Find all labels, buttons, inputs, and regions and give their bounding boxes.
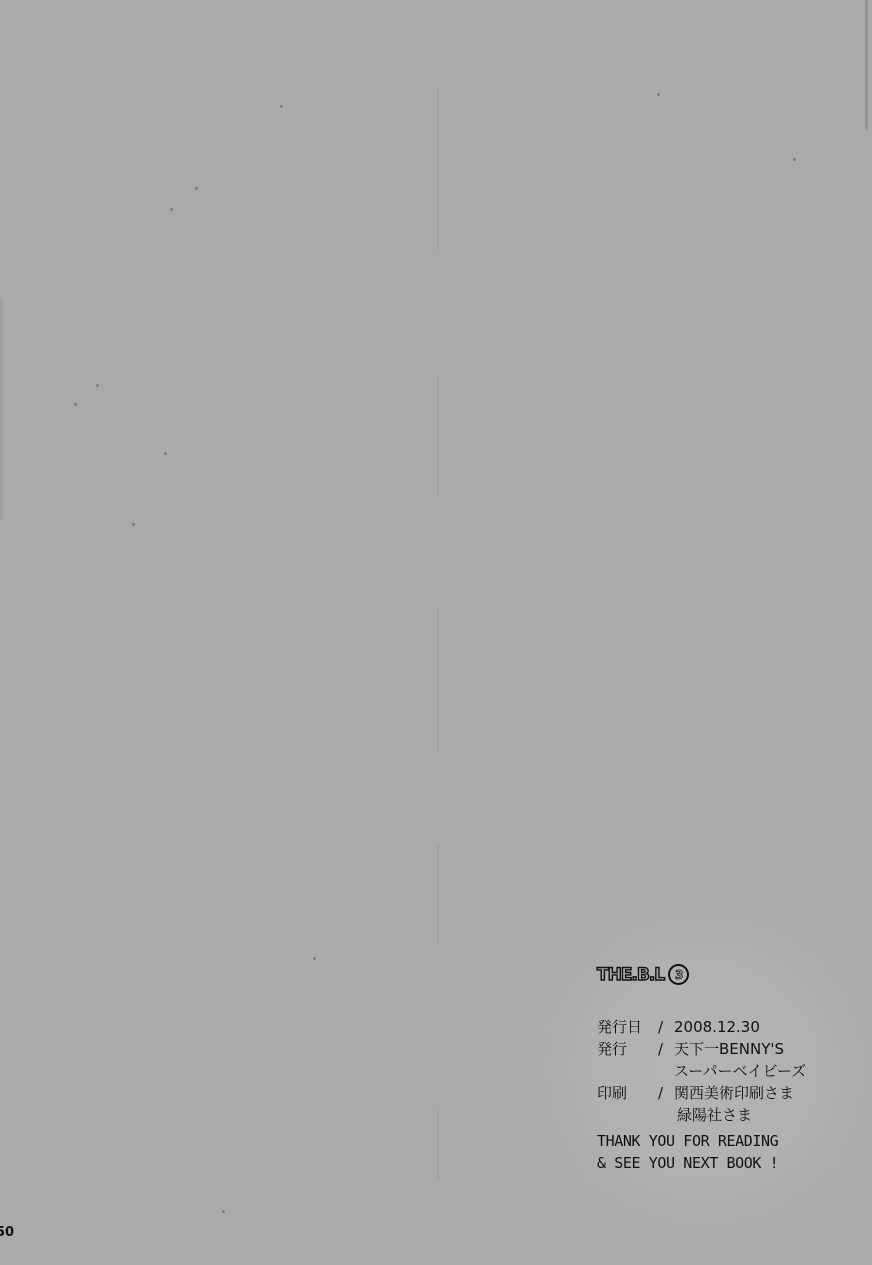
- dust-speck: [313, 957, 316, 960]
- dust-speck: [793, 158, 796, 161]
- info-value: スーパーベイビーズ: [674, 1060, 806, 1082]
- info-label: 発行日: [597, 1016, 658, 1038]
- info-label: 印刷: [597, 1082, 658, 1104]
- publication-info: 発行日 / 2008.12.30 発行 / 天下一BENNY'S スーパーベイビ…: [597, 1016, 806, 1126]
- spine-line: [437, 1110, 439, 1180]
- scanned-page: THE.B.L 3 発行日 / 2008.12.30 発行 / 天下一BENNY…: [0, 0, 872, 1265]
- info-value: 天下一BENNY'S: [674, 1038, 784, 1060]
- spine-line: [437, 845, 439, 945]
- dust-speck: [96, 384, 99, 387]
- info-value: 関西美術印刷さま: [674, 1082, 794, 1104]
- spine-line: [437, 90, 439, 250]
- info-row-publisher: 発行 / 天下一BENNY'S: [597, 1038, 806, 1060]
- dust-speck: [74, 403, 77, 406]
- info-row-publisher-cont: スーパーベイビーズ: [597, 1060, 806, 1082]
- info-value: 緑陽社さま: [677, 1104, 752, 1126]
- dust-speck: [170, 208, 173, 211]
- volume-badge: 3: [668, 964, 689, 985]
- info-separator: /: [658, 1038, 674, 1060]
- scan-edge-right: [865, 0, 868, 130]
- book-title: THE.B.L 3: [597, 964, 689, 985]
- dust-speck: [657, 93, 660, 96]
- spine-line: [437, 610, 439, 750]
- dust-speck: [195, 187, 198, 190]
- thank-you-message: THANK YOU FOR READING & SEE YOU NEXT BOO…: [597, 1130, 778, 1174]
- info-separator: /: [658, 1082, 674, 1104]
- thanks-line-1: THANK YOU FOR READING: [597, 1130, 778, 1152]
- info-separator: /: [658, 1016, 674, 1038]
- info-row-printer-cont: 緑陽社さま: [597, 1104, 806, 1126]
- scan-edge-left: [0, 300, 3, 520]
- dust-speck: [280, 105, 283, 108]
- info-label: 発行: [597, 1038, 658, 1060]
- thanks-line-2: & SEE YOU NEXT BOOK !: [597, 1152, 778, 1174]
- dust-speck: [222, 1210, 225, 1213]
- info-row-date: 発行日 / 2008.12.30: [597, 1016, 806, 1038]
- spine-line: [437, 375, 439, 495]
- dust-speck: [164, 452, 167, 455]
- info-value: 2008.12.30: [674, 1016, 760, 1038]
- dust-speck: [132, 523, 135, 526]
- page-number: 50: [0, 1225, 14, 1240]
- info-row-printer: 印刷 / 関西美術印刷さま: [597, 1082, 806, 1104]
- colophon: THE.B.L 3 発行日 / 2008.12.30 発行 / 天下一BENNY…: [597, 964, 689, 985]
- title-text: THE.B.L: [597, 965, 664, 985]
